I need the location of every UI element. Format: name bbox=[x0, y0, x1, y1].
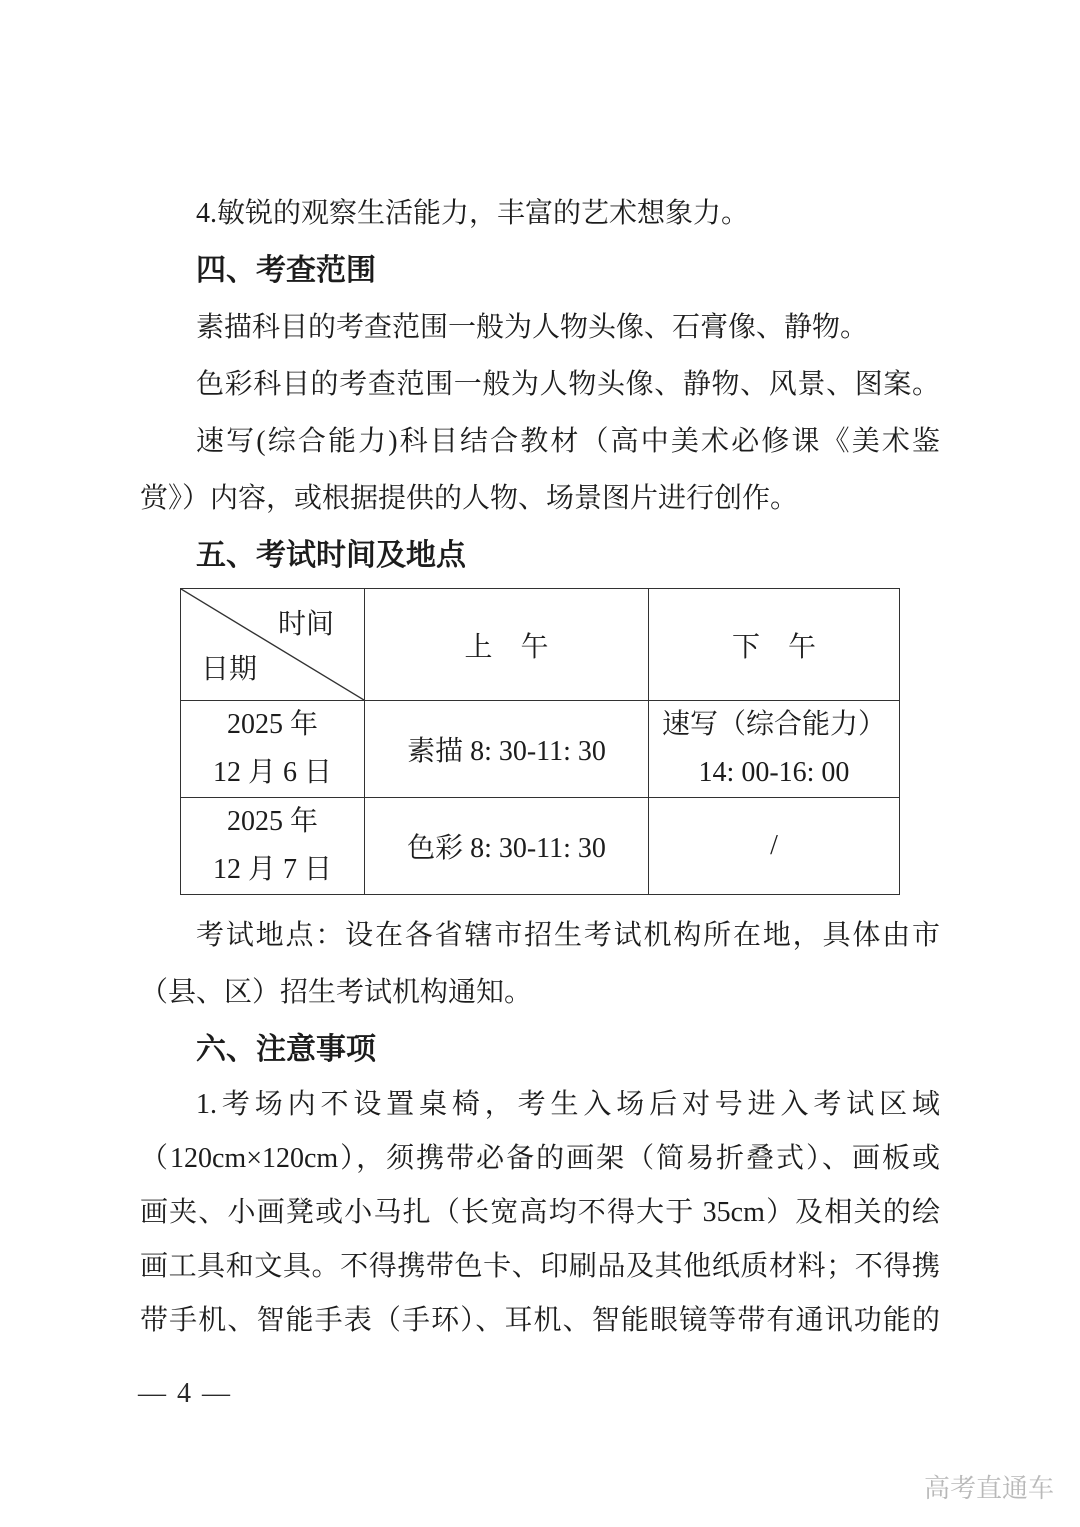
heading-section-four-scope: 四、考查范围 bbox=[140, 242, 940, 299]
paragraph-color-scope: 色彩科目的考查范围一般为人物头像、静物、风景、图案。 bbox=[140, 356, 940, 413]
corner-header-cell: 时间 日期 bbox=[181, 589, 365, 701]
afternoon-time: 14: 00-16: 00 bbox=[649, 749, 899, 797]
date-day: 12 月 6 日 bbox=[181, 749, 364, 797]
heading-section-five-time-place: 五、考试时间及地点 bbox=[140, 527, 940, 584]
afternoon-subject: 速写（综合能力） bbox=[649, 701, 899, 749]
table-row: 2025 年 12 月 6 日 素描 8: 30-11: 30 速写（综合能力）… bbox=[181, 701, 900, 798]
cell-date-dec6: 2025 年 12 月 6 日 bbox=[181, 701, 365, 798]
paragraph-note1-line-1: 1.考场内不设置桌椅，考生入场后对号进入考试区域 bbox=[140, 1078, 940, 1132]
paragraph-speed-sketch-line-2: 赏》）内容，或根据提供的人物、场景图片进行创作。 bbox=[140, 470, 940, 527]
paragraph-ability-item-4: 4.敏锐的观察生活能力，丰富的艺术想象力。 bbox=[140, 185, 940, 242]
column-header-morning: 上 午 bbox=[365, 589, 649, 701]
paragraph-note1-line-3: 画夹、小画凳或小马扎（长宽高均不得大于 35cm）及相关的绘 bbox=[140, 1186, 940, 1240]
paragraph-exam-location-line-1: 考试地点：设在各省辖市招生考试机构所在地，具体由市 bbox=[140, 907, 940, 964]
cell-morning-color: 色彩 8: 30-11: 30 bbox=[365, 798, 649, 895]
heading-section-six-notes: 六、注意事项 bbox=[140, 1021, 940, 1078]
date-day: 12 月 7 日 bbox=[181, 846, 364, 894]
corner-label-date: 日期 bbox=[201, 654, 257, 686]
paragraph-note1-line-5: 带手机、智能手表（手环）、耳机、智能眼镜等带有通讯功能的 bbox=[140, 1294, 940, 1348]
cell-date-dec7: 2025 年 12 月 7 日 bbox=[181, 798, 365, 895]
paragraph-note1-line-4: 画工具和文具。不得携带色卡、印刷品及其他纸质材料；不得携 bbox=[140, 1240, 940, 1294]
page-number: — 4 — bbox=[138, 1378, 232, 1410]
document-content: 4.敏锐的观察生活能力，丰富的艺术想象力。 四、考查范围 素描科目的考查范围一般… bbox=[140, 185, 940, 1348]
document-page: 4.敏锐的观察生活能力，丰富的艺术想象力。 四、考查范围 素描科目的考查范围一般… bbox=[0, 0, 1080, 1527]
paragraph-exam-location-line-2: （县、区）招生考试机构通知。 bbox=[140, 964, 940, 1021]
cell-afternoon-none: / bbox=[649, 798, 900, 895]
cell-morning-sketch: 素描 8: 30-11: 30 bbox=[365, 701, 649, 798]
corner-label-time: 时间 bbox=[278, 609, 334, 641]
paragraph-speed-sketch-line-1: 速写(综合能力)科目结合教材（高中美术必修课《美术鉴 bbox=[140, 413, 940, 470]
date-year: 2025 年 bbox=[181, 701, 364, 749]
exam-schedule-table: 时间 日期 上 午 下 午 2025 年 12 月 6 日 素描 8: 30-1… bbox=[180, 588, 900, 895]
paragraph-sketch-scope: 素描科目的考查范围一般为人物头像、石膏像、静物。 bbox=[140, 299, 940, 356]
column-header-afternoon: 下 午 bbox=[649, 589, 900, 701]
table-row: 2025 年 12 月 7 日 色彩 8: 30-11: 30 / bbox=[181, 798, 900, 895]
date-year: 2025 年 bbox=[181, 798, 364, 846]
paragraph-note1-line-2: （120cm×120cm），须携带必备的画架（简易折叠式）、画板或 bbox=[140, 1132, 940, 1186]
cell-afternoon-speed-sketch: 速写（综合能力） 14: 00-16: 00 bbox=[649, 701, 900, 798]
watermark-text: 高考直通车 bbox=[924, 1473, 1054, 1503]
